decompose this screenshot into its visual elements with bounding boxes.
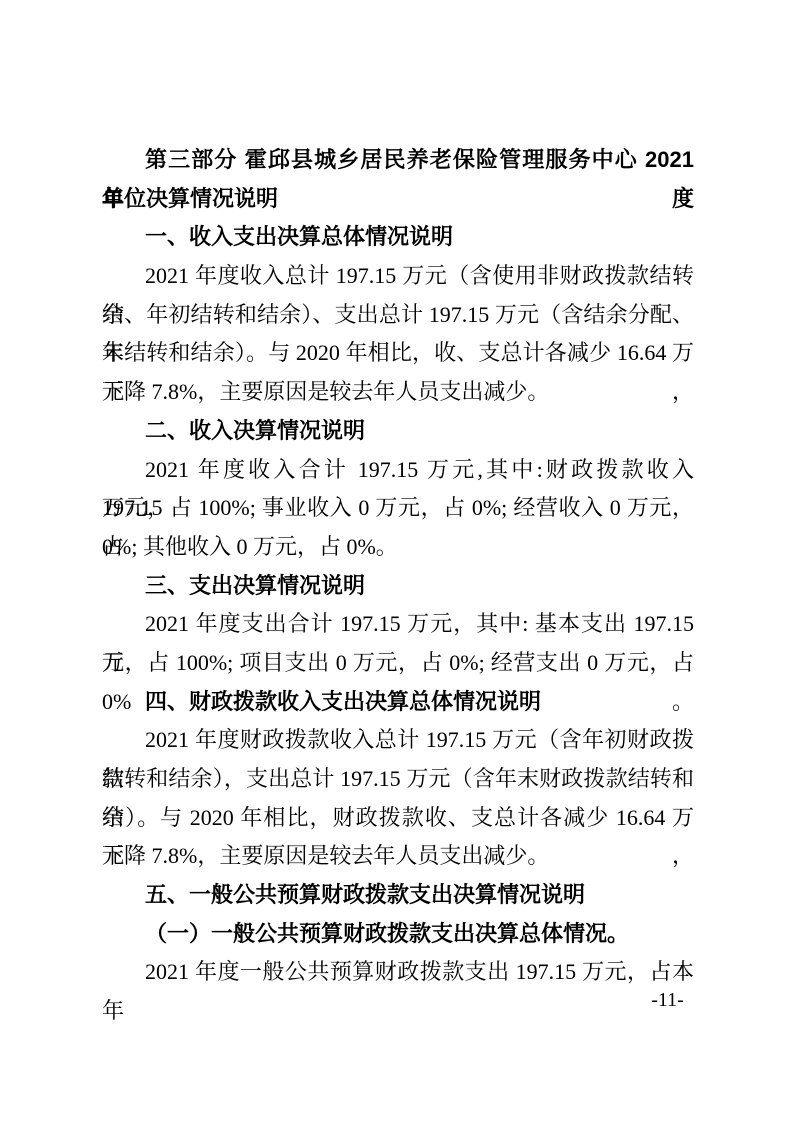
section-3-heading: 三、支出决算情况说明 [102,567,694,606]
section-3-para-line-2: 元，占 100%; 项目支出 0 万元，占 0%; 经营支出 0 万元，占 0%… [102,644,694,683]
section-4-para-line-1: 2021 年度财政拨款收入总计 197.15 万元（含年初财政拨款 [102,721,694,760]
section-5-para-line-1: 2021 年度一般公共预算财政拨款支出 197.15 万元，占本年 [102,953,694,992]
section-3-para-line-1: 2021 年度支出合计 197.15 万元，其中: 基本支出 197.15 万 [102,605,694,644]
section-2-para-line-3: 0%; 其他收入 0 万元，占 0%。 [102,528,694,567]
section-1-para-line-1: 2021 年度收入总计 197.15 万元（含使用非财政拨款结转结 [102,257,694,296]
doc-title-line-1: 第三部分 霍邱县城乡居民养老保险管理服务中心 2021 年度 [102,141,694,180]
section-1-para-line-3: 末结转和结余）。与 2020 年相比，收、支总计各减少 16.64 万元， [102,334,694,373]
document-body: 第三部分 霍邱县城乡居民养老保险管理服务中心 2021 年度 单位决算情况说明 … [102,141,694,992]
section-2-para-line-2: 万元，占 100%; 事业收入 0 万元，占 0%; 经营收入 0 万元，占 [102,489,694,528]
section-4-para-line-2: 结转和结余），支出总计 197.15 万元（含年末财政拨款结转和结 [102,760,694,799]
page-number: -11- [640,988,695,1012]
section-1-heading: 一、收入支出决算总体情况说明 [102,218,694,257]
section-2-heading: 二、收入决算情况说明 [102,412,694,451]
section-5-heading: 五、一般公共预算财政拨款支出决算情况说明 [102,876,694,915]
section-1-para-line-2: 余、年初结转和结余）、支出总计 197.15 万元（含结余分配、年 [102,296,694,335]
section-5-subheading: （一）一般公共预算财政拨款支出决算总体情况。 [102,915,694,954]
section-2-para-line-1: 2021 年度收入合计 197.15 万元,其中:财政拨款收入 197.15 [102,451,694,490]
section-4-para-line-3: 余）。与 2020 年相比，财政拨款收、支总计各减少 16.64 万元， [102,799,694,838]
document-page: 第三部分 霍邱县城乡居民养老保险管理服务中心 2021 年度 单位决算情况说明 … [0,0,793,1122]
